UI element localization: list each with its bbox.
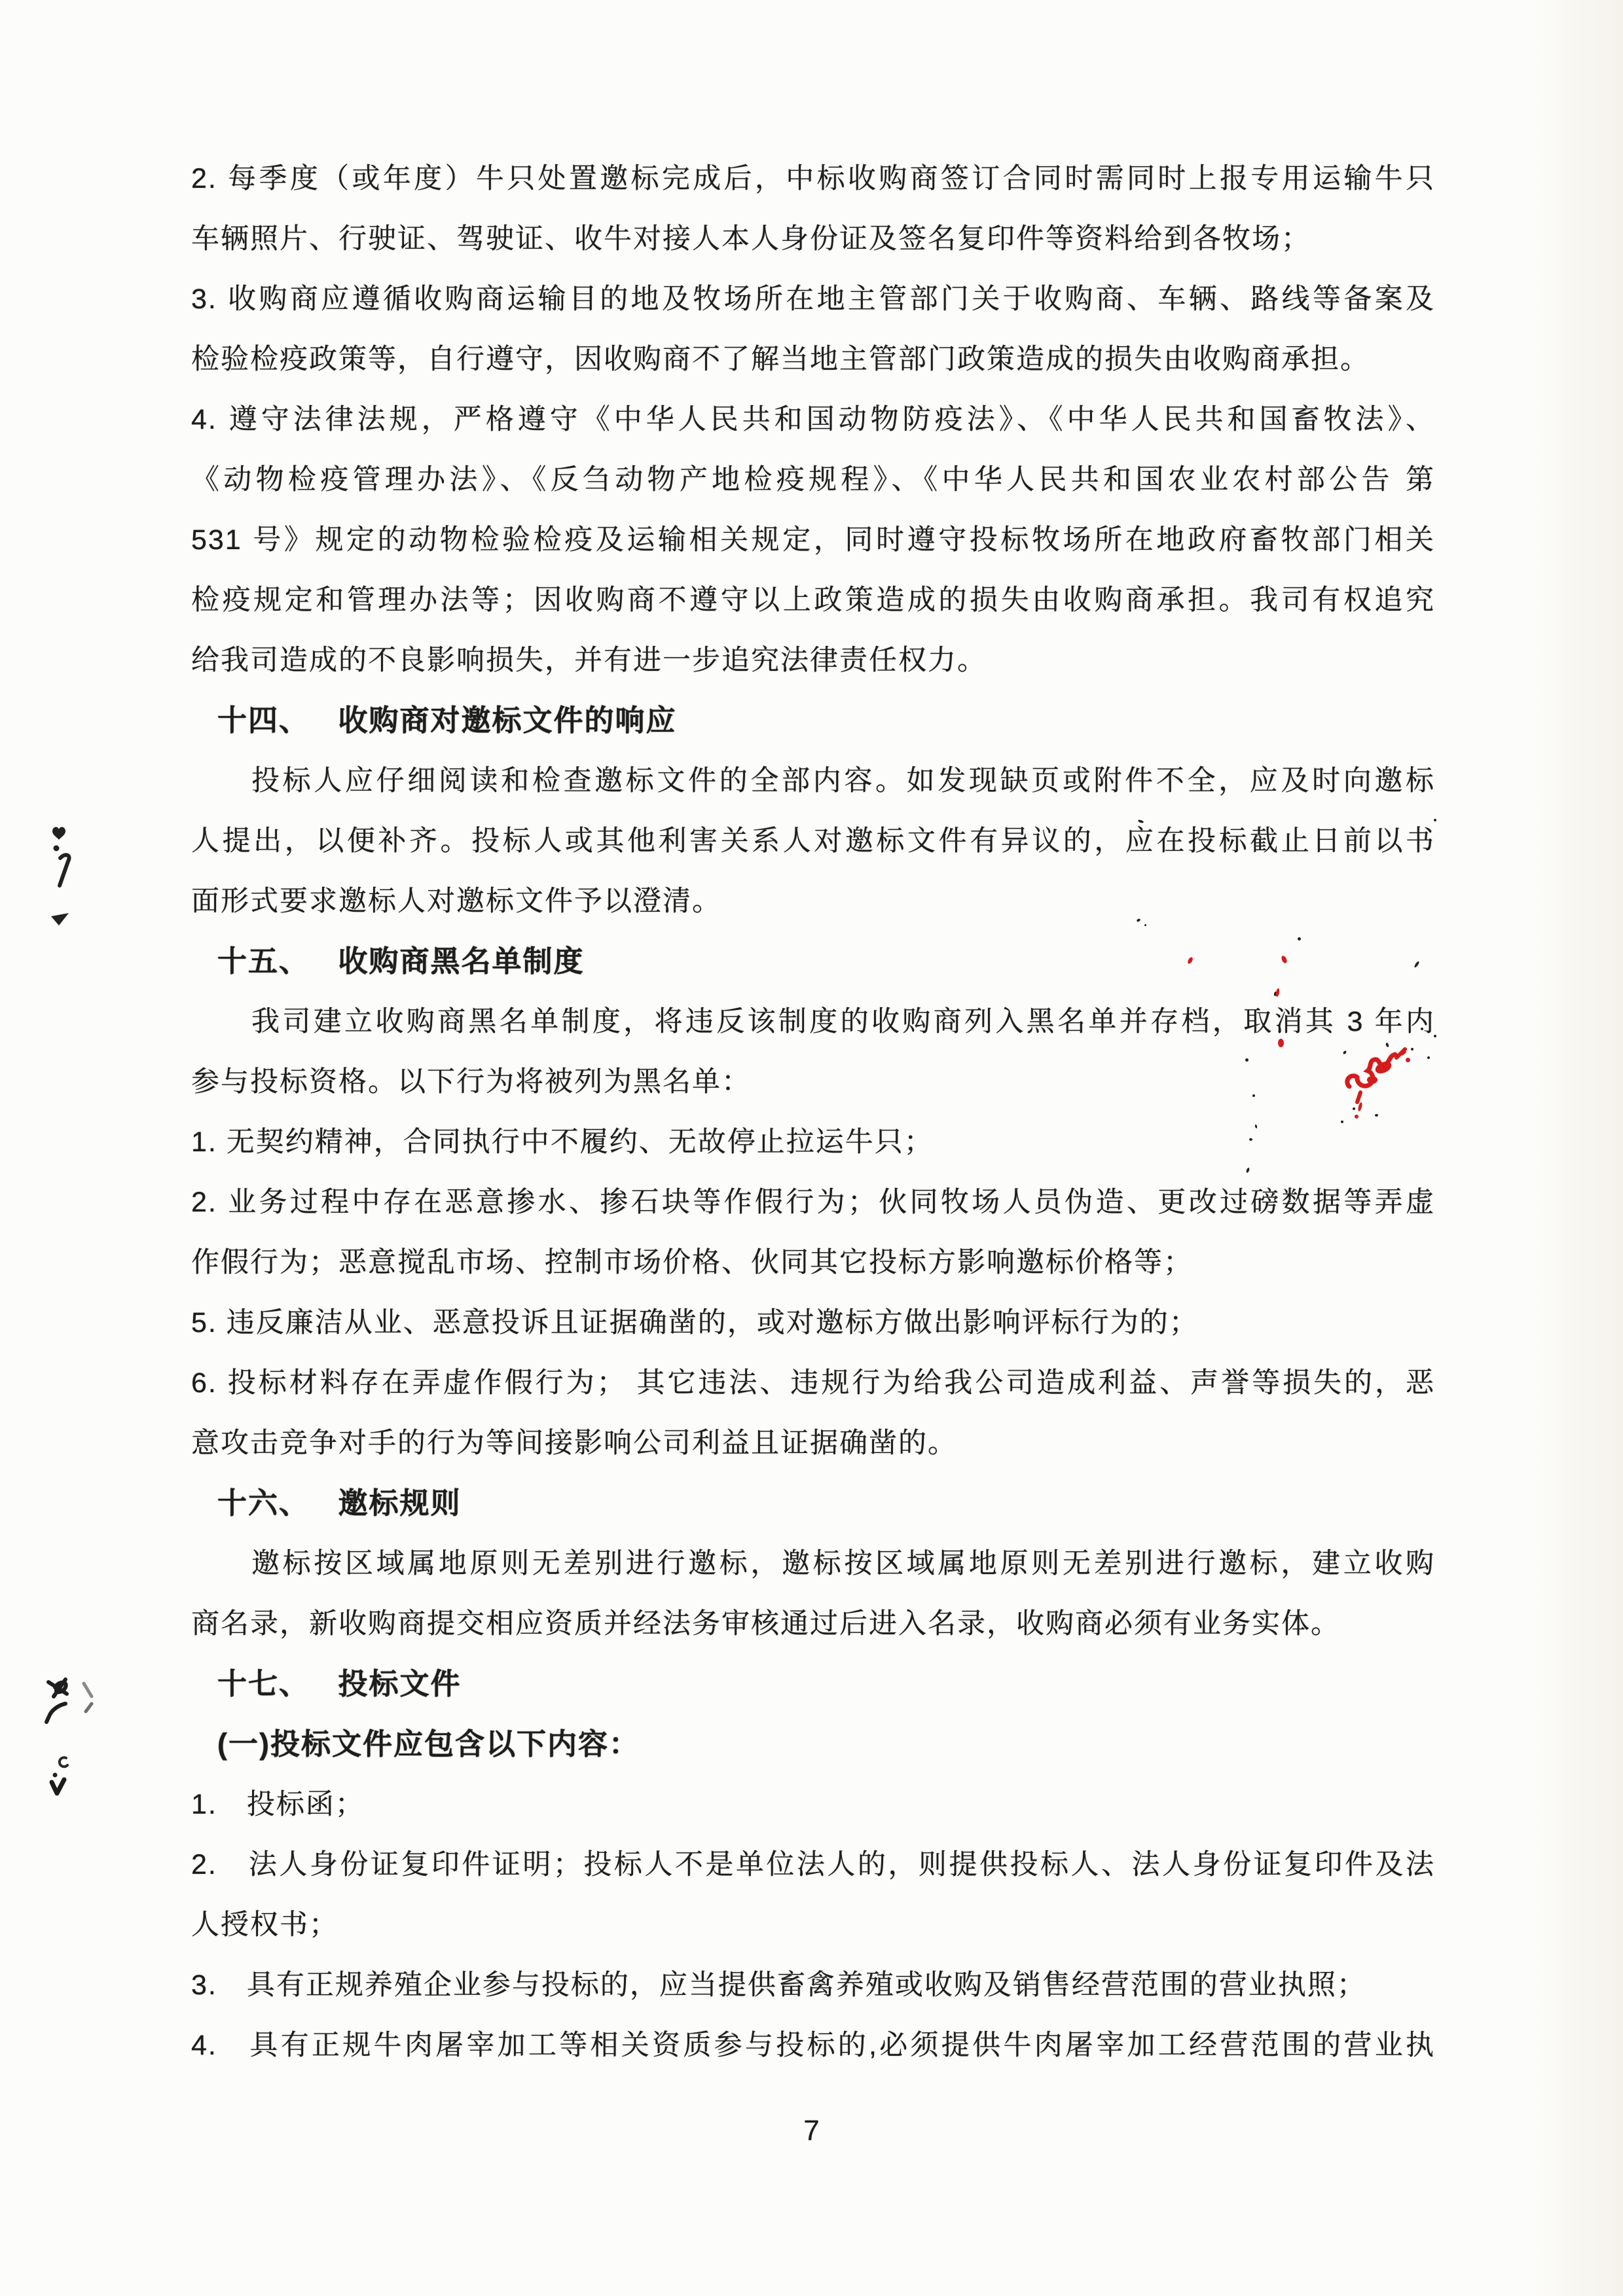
section-17-subheading: (一)投标文件应包含以下内容： — [191, 1714, 1435, 1774]
margin-scribble-gray-slash — [86, 1704, 92, 1712]
section-14-line-3: 面形式要求邀标人对邀标文件予以澄清。 — [191, 871, 1435, 931]
clause-4-line-4: 检疫规定和管理办法等；因收购商不遵守以上政策造成的损失由收购商承担。我司有权追究 — [191, 570, 1435, 630]
blacklist-item-2-line-2: 作假行为；恶意搅乱市场、控制市场价格、伙同其它投标方影响邀标价格等； — [191, 1232, 1435, 1293]
document-text-column: 2. 每季度（或年度）牛只处置邀标完成后，中标收购商签订合同时需同时上报专用运输… — [191, 149, 1435, 2075]
clause-3-line-2: 检验检疫政策等，自行遵守，因收购商不了解当地主管部门政策造成的损失由收购商承担。 — [191, 329, 1435, 389]
blacklist-item-2-line-1: 2. 业务过程中存在恶意掺水、掺石块等作假行为；伙同牧场人员伪造、更改过磅数据等… — [191, 1172, 1435, 1232]
section-heading-17: 十七、 投标文件 — [191, 1654, 1435, 1714]
margin-scribble-gray-tick — [84, 1683, 92, 1696]
clause-3-line-1: 3. 收购商应遵循收购商运输目的地及牧场所在地主管部门关于收购商、车辆、路线等备… — [191, 269, 1435, 329]
section-heading-15: 十五、 收购商黑名单制度 — [191, 931, 1435, 992]
section-16-line-2: 商名录，新收购商提交相应资质并经法务审核通过后进入名录，收购商必须有业务实体。 — [191, 1594, 1435, 1654]
clause-4-line-2: 《动物检疫管理办法》、《反刍动物产地检疫规程》、《中华人民共和国农业农村部公告 … — [191, 450, 1435, 510]
margin-scribble-v — [52, 1773, 64, 1794]
bid-doc-item-2-line-1: 2. 法人身份证复印件证明；投标人不是单位法人的，则提供投标人、法人身份证复印件… — [191, 1835, 1435, 1895]
clause-4-line-5: 给我司造成的不良影响损失，并有进一步追究法律责任权力。 — [191, 630, 1435, 691]
clause-2-line-2: 车辆照片、行驶证、驾驶证、收牛对接人本人身份证及签名复印件等资料给到各牧场； — [191, 209, 1435, 269]
bid-doc-item-3: 3. 具有正规养殖企业参与投标的，应当提供畜禽养殖或收购及销售经营范围的营业执照… — [191, 1955, 1435, 2015]
section-16-line-1: 邀标按区域属地原则无差别进行邀标，邀标按区域属地原则无差别进行邀标，建立收购 — [191, 1534, 1435, 1594]
margin-scribble-small-c — [60, 1757, 67, 1767]
bid-doc-item-4: 4. 具有正规牛肉屠宰加工等相关资质参与投标的,必须提供牛肉屠宰加工经营范围的营… — [191, 2015, 1435, 2075]
blacklist-item-6-line-1: 6. 投标材料存在弄虚作假行为； 其它违法、违规行为给我公司造成利益、声誉等损失… — [191, 1353, 1435, 1413]
margin-scribble-hook — [60, 855, 69, 886]
blacklist-item-6-line-2: 意攻击竞争对手的行为等间接影响公司利益且证据确凿的。 — [191, 1413, 1435, 1473]
document-page: 2. 每季度（或年度）牛只处置邀标完成后，中标收购商签订合同时需同时上报专用运输… — [0, 0, 1623, 2296]
margin-scribble-knot — [46, 1679, 67, 1722]
section-heading-16: 十六、 邀标规则 — [191, 1473, 1435, 1534]
section-14-line-1: 投标人应仔细阅读和检查邀标文件的全部内容。如发现缺页或附件不全，应及时向邀标 — [191, 751, 1435, 811]
clause-4-line-1: 4. 遵守法律法规，严格遵守《中华人民共和国动物防疫法》、《中华人民共和国畜牧法… — [191, 389, 1435, 450]
blacklist-item-5: 5. 违反廉洁从业、恶意投诉且证据确凿的，或对邀标方做出影响评标行为的； — [191, 1293, 1435, 1353]
section-15-line-2: 参与投标资格。以下行为将被列为黑名单： — [191, 1052, 1435, 1112]
blacklist-item-1: 1. 无契约精神，合同执行中不履约、无故停止拉运牛只； — [191, 1112, 1435, 1172]
margin-scribble-triangle — [51, 913, 69, 925]
bid-doc-item-2-line-2: 人授权书； — [191, 1895, 1435, 1955]
clause-2-line-1: 2. 每季度（或年度）牛只处置邀标完成后，中标收购商签订合同时需同时上报专用运输… — [191, 149, 1435, 209]
bid-doc-item-1: 1. 投标函； — [191, 1774, 1435, 1835]
section-heading-14: 十四、 收购商对邀标文件的响应 — [191, 691, 1435, 751]
section-15-line-1: 我司建立收购商黑名单制度，将违反该制度的收购商列入黑名单并存档，取消其 3 年内 — [191, 992, 1435, 1052]
clause-4-line-3: 531 号》规定的动物检验检疫及运输相关规定，同时遵守投标牧场所在地政府畜牧部门… — [191, 510, 1435, 570]
margin-scribble-heart — [52, 827, 65, 851]
page-number: 7 — [0, 2110, 1623, 2152]
section-14-line-2: 人提出，以便补齐。投标人或其他利害关系人对邀标文件有异议的，应在投标截止日前以书 — [191, 811, 1435, 871]
